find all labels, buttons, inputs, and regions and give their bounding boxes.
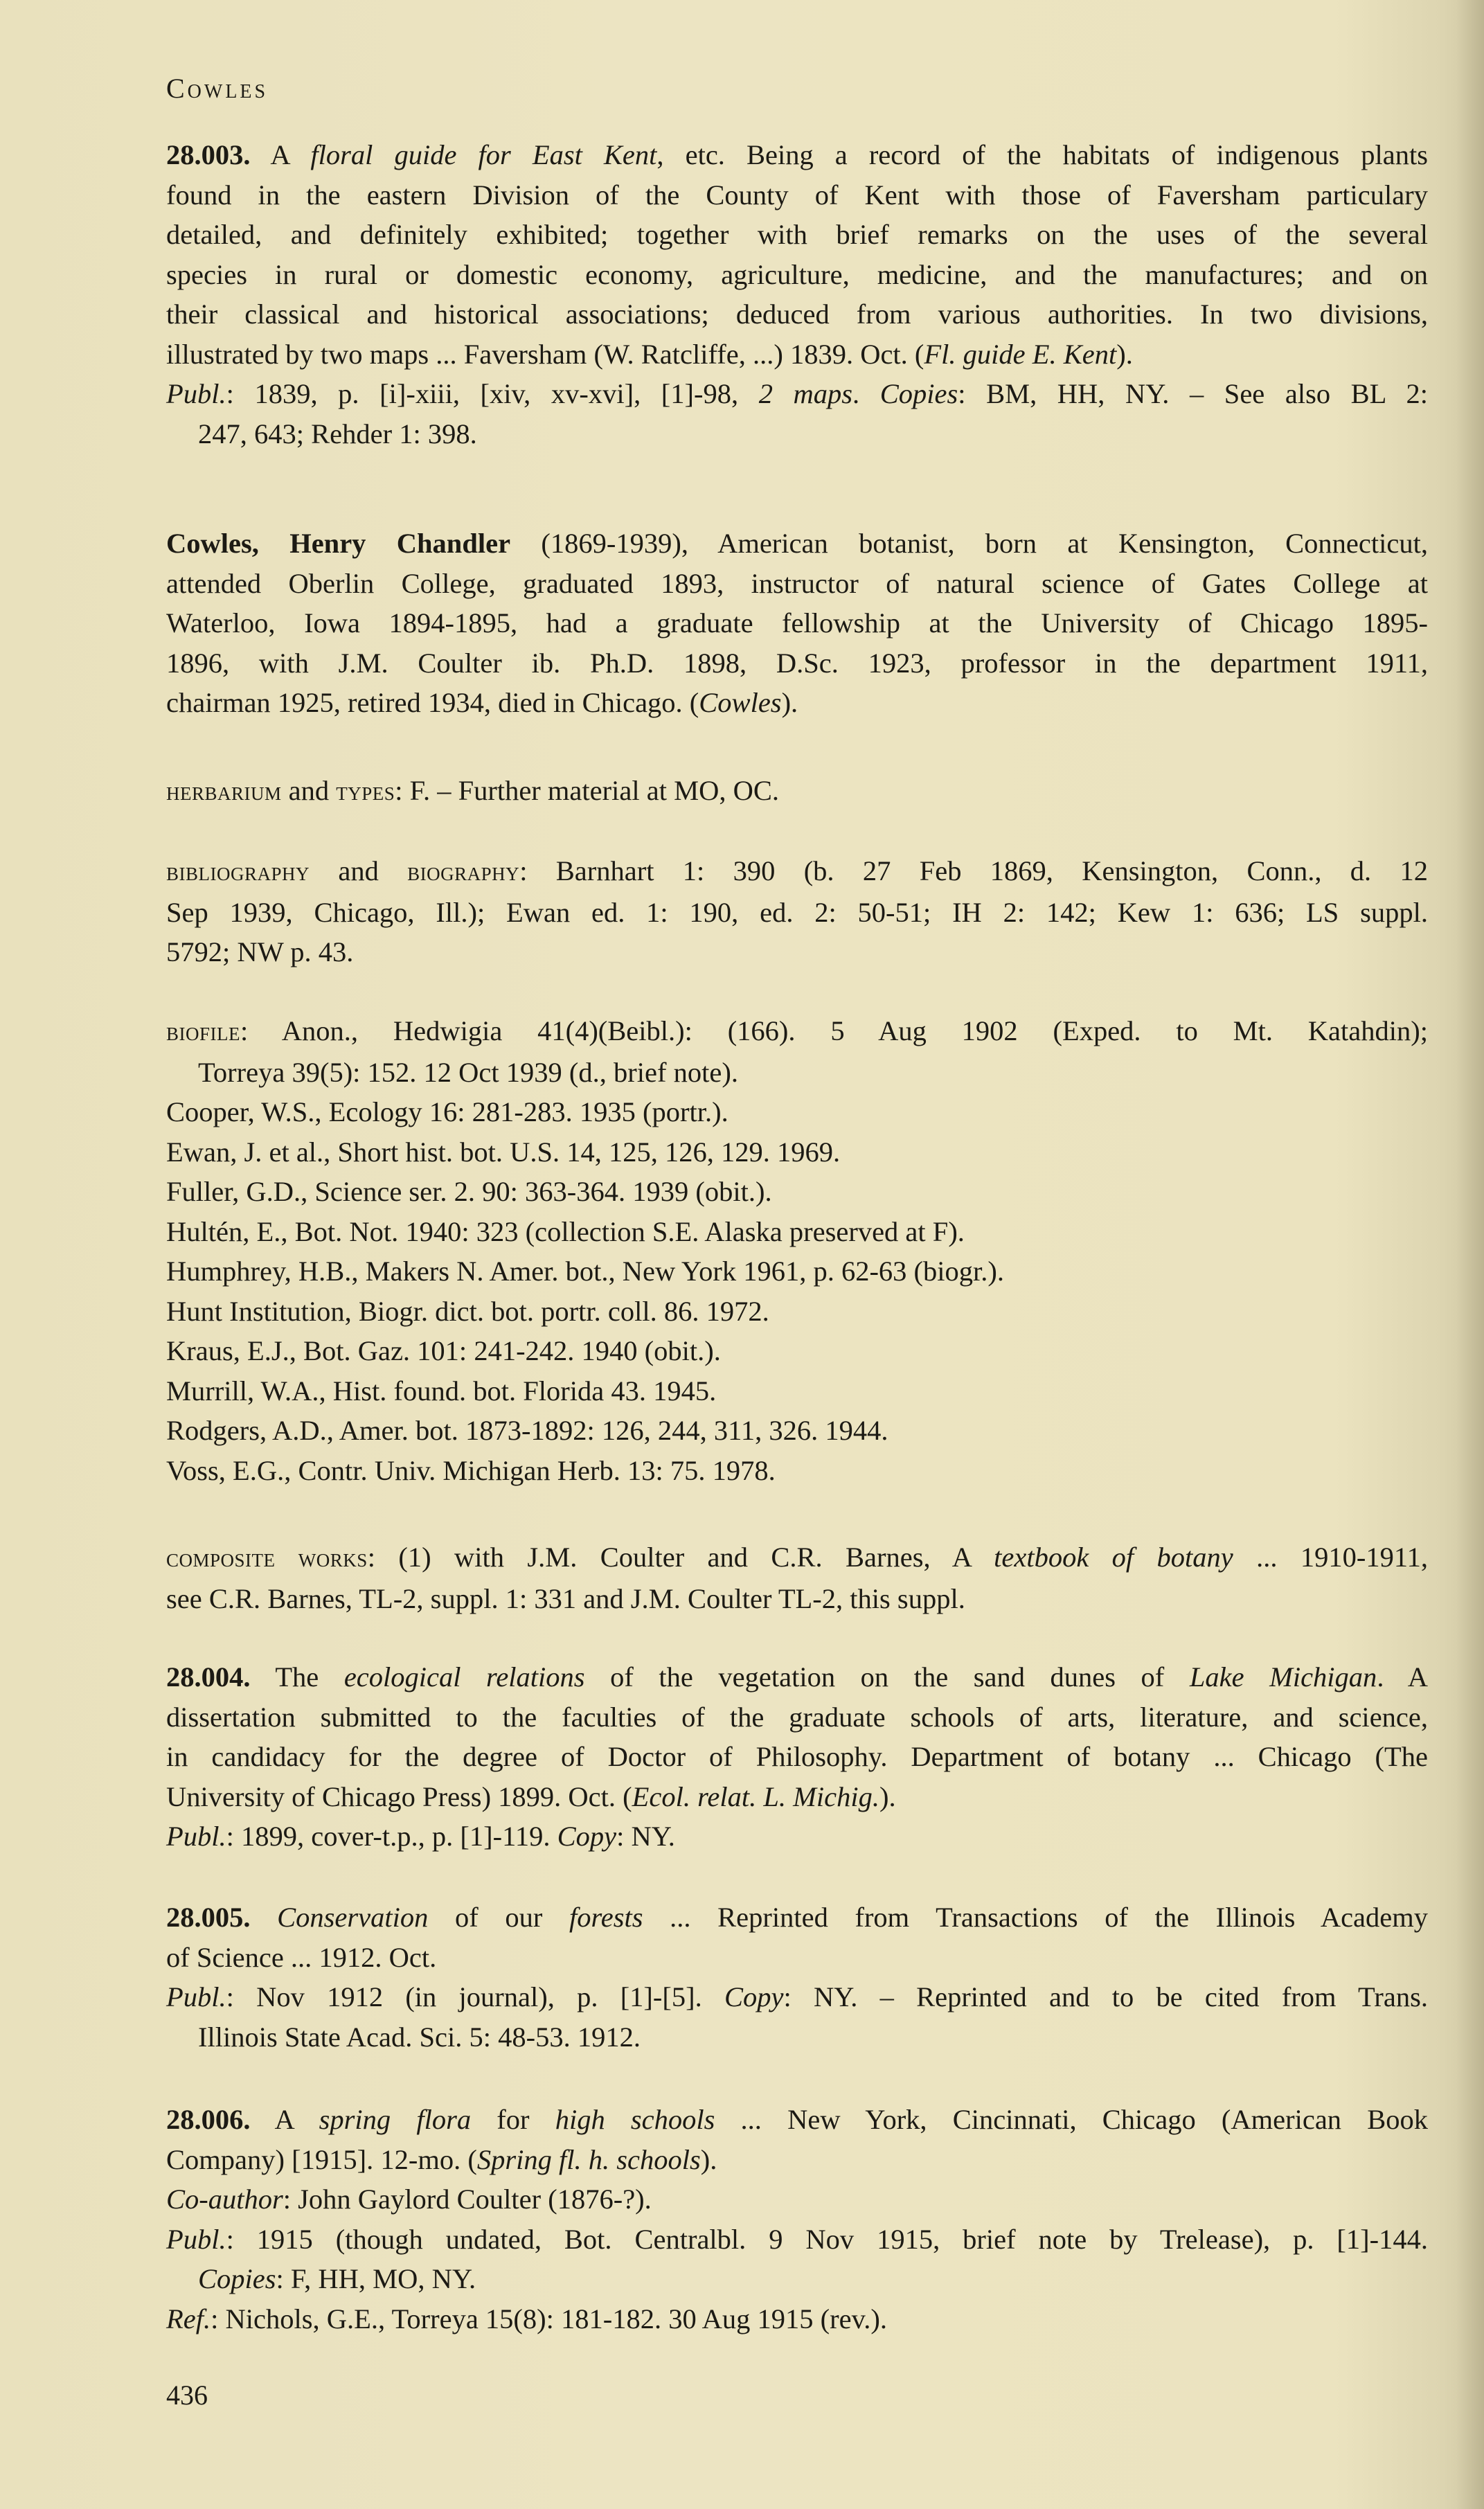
book-page: Cowles 28.003. A floral guide for East K…	[0, 0, 1484, 2509]
entry-number: 28.004.	[166, 1661, 251, 1693]
running-head: Cowles	[166, 72, 268, 105]
entry-number: 28.005.	[166, 1902, 251, 1933]
entry-line: species in rural or domestic economy, ag…	[166, 255, 1428, 295]
biofile-item: Humphrey, H.B., Makers N. Amer. bot., Ne…	[166, 1251, 1428, 1292]
biofile-item: Hultén, E., Bot. Not. 1940: 323 (collect…	[166, 1212, 1428, 1252]
biofile-item: Voss, E.G., Contr. Univ. Michigan Herb. …	[166, 1451, 1428, 1491]
publication-line-cont: 247, 643; Rehder 1: 398.	[166, 414, 1428, 454]
person-name: Cowles, Henry Chandler	[166, 528, 510, 559]
biofile-item: Murrill, W.A., Hist. found. bot. Florida…	[166, 1371, 1428, 1411]
section-label: composite works	[166, 1544, 368, 1573]
entry-line: detailed, and definitely exhibited; toge…	[166, 215, 1428, 255]
biofile-item: Kraus, E.J., Bot. Gaz. 101: 241-242. 194…	[166, 1331, 1428, 1371]
entry-28-004: 28.004. The ecological relations of the …	[166, 1657, 1428, 1857]
section-label: bibliography	[166, 857, 310, 886]
biofile-item: Cooper, W.S., Ecology 16: 281-283. 1935 …	[166, 1092, 1428, 1132]
entry-number: 28.003.	[166, 139, 251, 170]
entry-line: found in the eastern Division of the Cou…	[166, 175, 1428, 215]
entry-number: 28.006.	[166, 2104, 251, 2135]
page-number: 436	[166, 2379, 208, 2411]
publication-line: Publ.: 1915 (though undated, Bot. Centra…	[166, 2220, 1428, 2260]
coauthor-line: Co-author: John Gaylord Coulter (1876-?)…	[166, 2179, 1428, 2220]
composite-works-section: composite works: (1) with J.M. Coulter a…	[166, 1537, 1428, 1618]
entry-28-006: 28.006. A spring flora for high schools …	[166, 2100, 1428, 2339]
entry-28-005: 28.005. Conservation of our forests ... …	[166, 1898, 1428, 2057]
title-italic: floral guide for East Kent	[310, 139, 656, 170]
biofile-item: Fuller, G.D., Science ser. 2. 90: 363-36…	[166, 1172, 1428, 1212]
entry-28-003: 28.003. A floral guide for East Kent, et…	[166, 135, 1428, 454]
biofile-item: Rodgers, A.D., Amer. bot. 1873-1892: 126…	[166, 1411, 1428, 1451]
section-label: herbarium	[166, 777, 282, 806]
biography-paragraph: Cowles, Henry Chandler (1869-1939), Amer…	[166, 524, 1428, 723]
reference-line: Ref.: Nichols, G.E., Torreya 15(8): 181-…	[166, 2299, 1428, 2339]
publication-line: Publ.: 1839, p. [i]-xiii, [xiv, xv-xvi],…	[166, 374, 1428, 414]
page-edge-shadow	[1456, 0, 1484, 2509]
entry-line: illustrated by two maps ... Faversham (W…	[166, 334, 1428, 375]
entry-line: their classical and historical associati…	[166, 294, 1428, 334]
publication-line: Publ.: 1899, cover-t.p., p. [1]-119. Cop…	[166, 1816, 1428, 1857]
biofile-item: Ewan, J. et al., Short hist. bot. U.S. 1…	[166, 1132, 1428, 1172]
entry-line: 28.003. A floral guide for East Kent, et…	[166, 135, 1428, 175]
biofile-section: biofile: Anon., Hedwigia 41(4)(Beibl.): …	[166, 1011, 1428, 1490]
publication-line: Publ.: Nov 1912 (in journal), p. [1]-[5]…	[166, 1977, 1428, 2017]
biofile-item: Hunt Institution, Biogr. dict. bot. port…	[166, 1292, 1428, 1332]
bibliography-section: bibliography and biography: Barnhart 1: …	[166, 851, 1428, 972]
herbarium-section: herbarium and types: F. – Further materi…	[166, 771, 1428, 812]
section-label: biofile	[166, 1017, 240, 1046]
